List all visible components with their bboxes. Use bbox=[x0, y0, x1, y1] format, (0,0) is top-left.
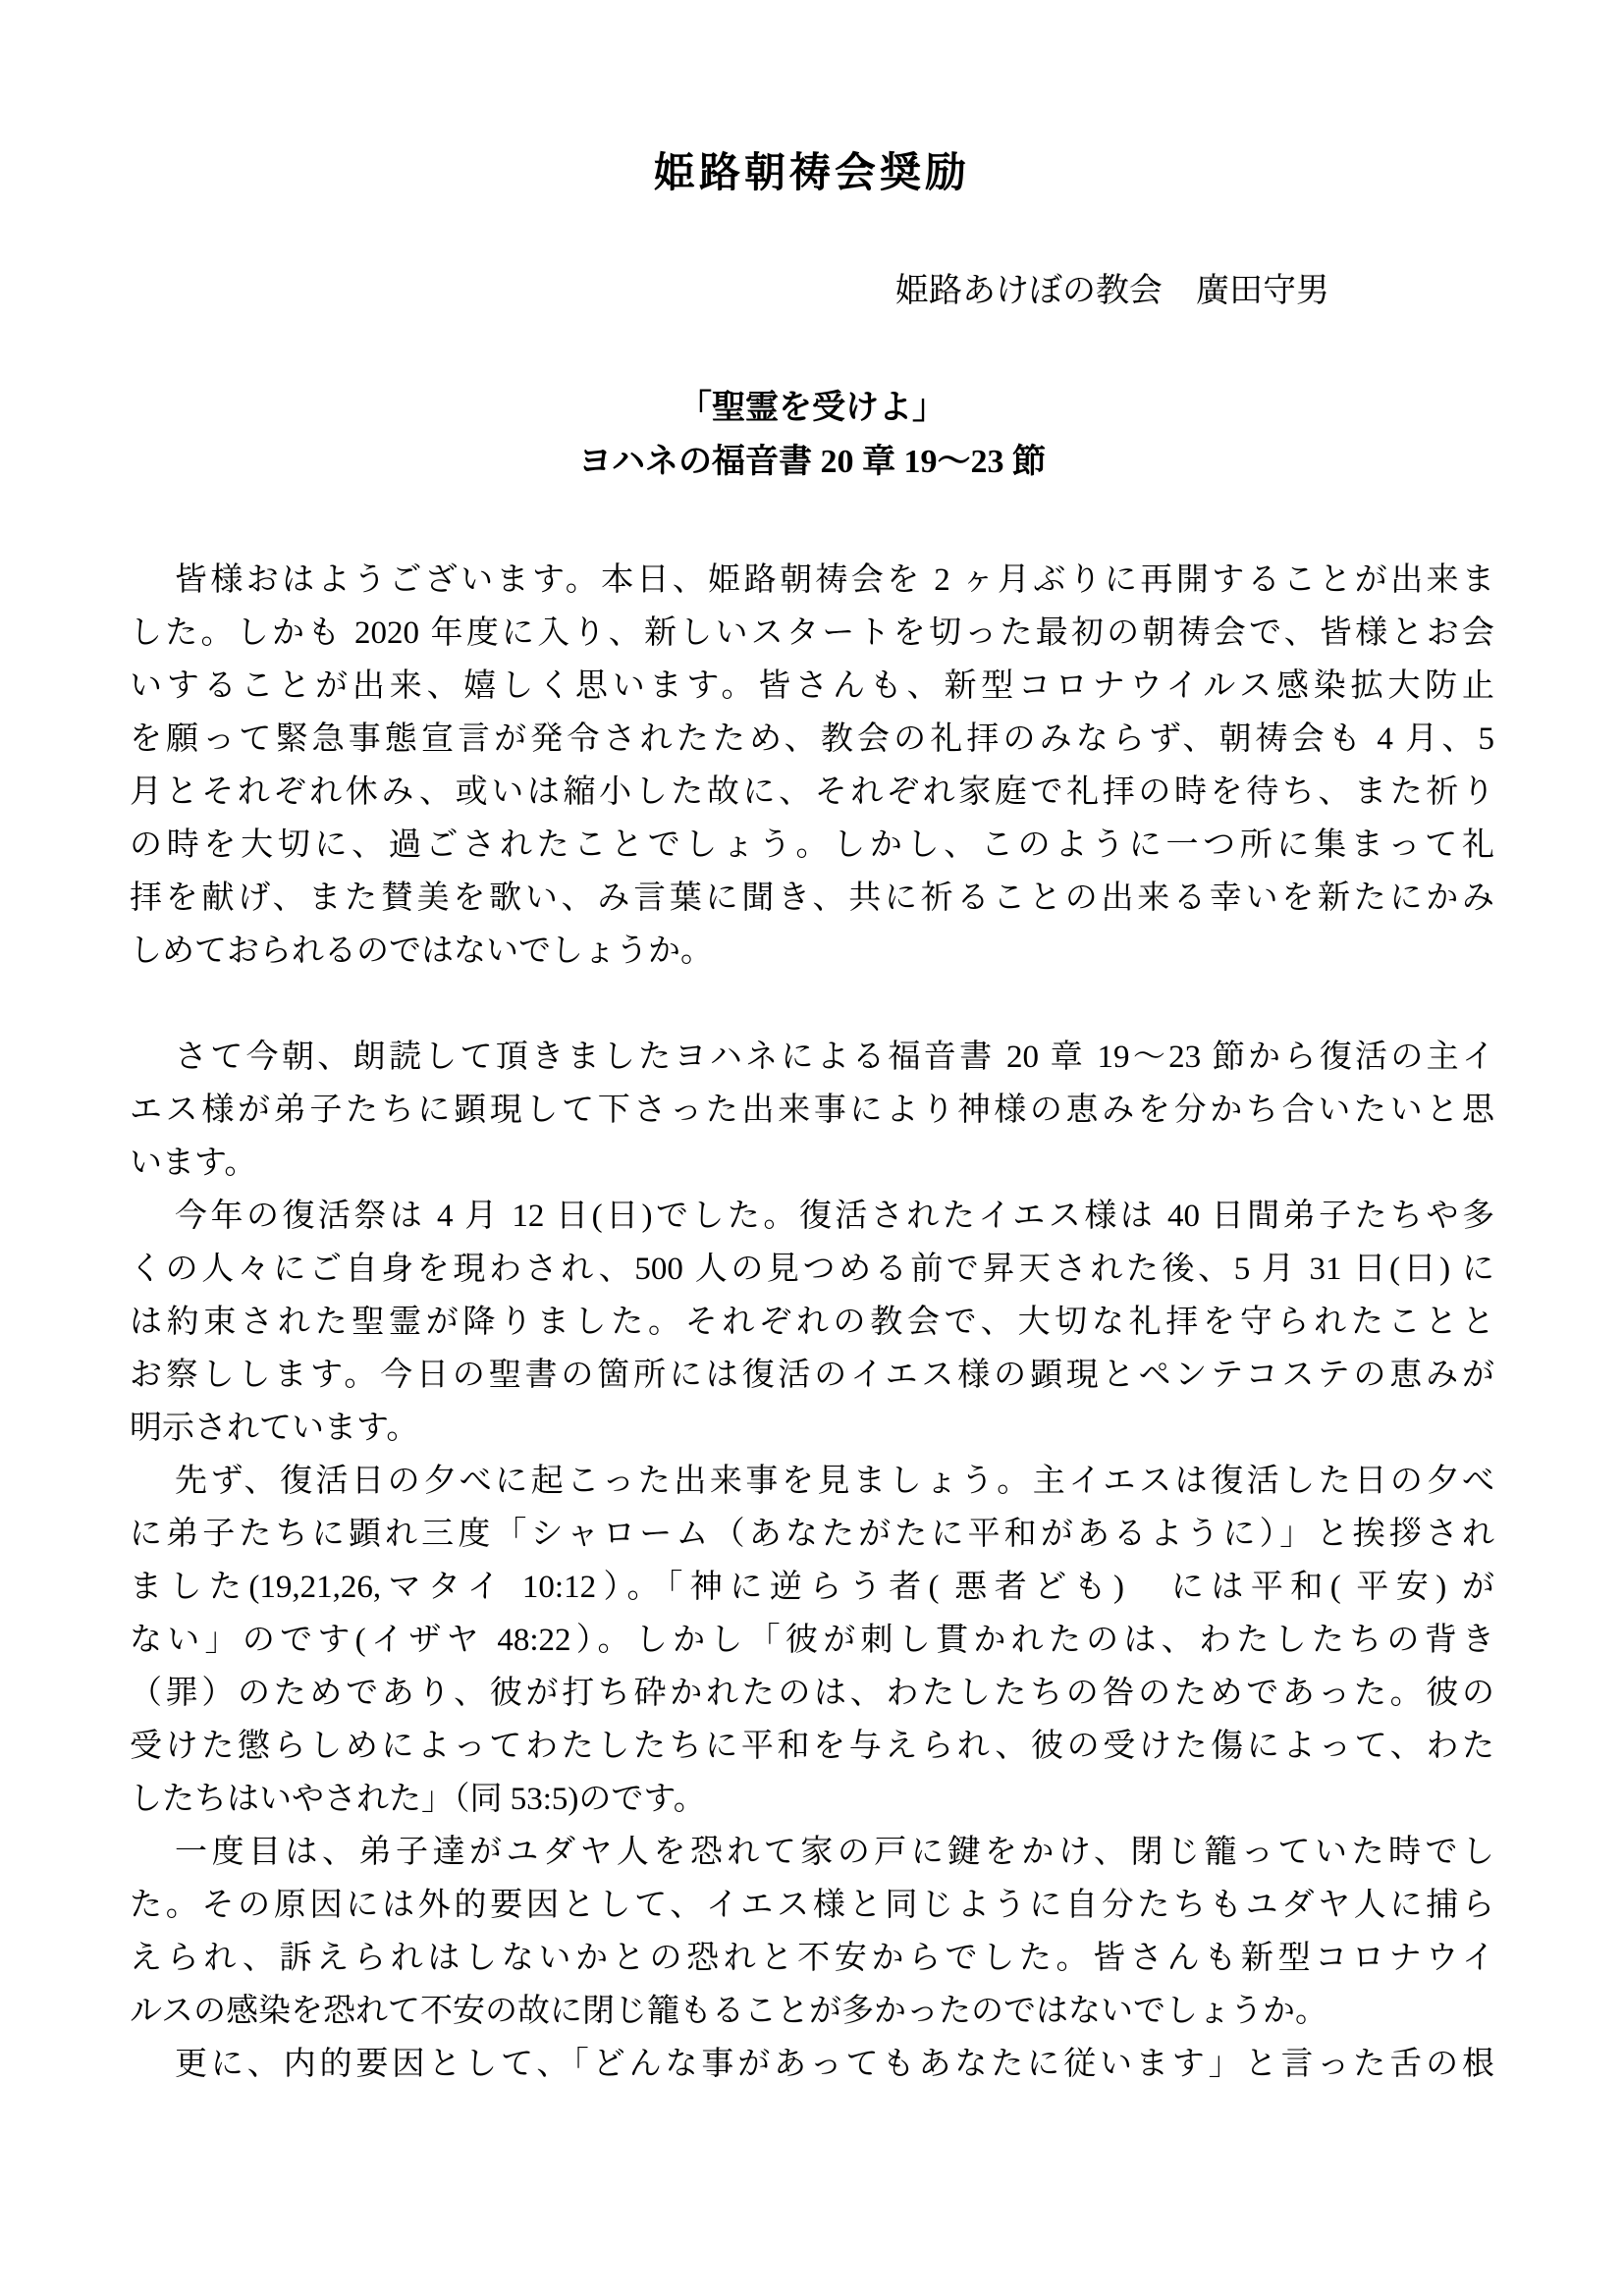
text-line: 先ず、復活日の夕べに起こった出来事を見ましょう。主イエスは復活した日の夕べ bbox=[130, 1455, 1494, 1508]
scripture-reference: ヨハネの福音書 20 章 19～23 節 bbox=[0, 435, 1624, 489]
text-line: 更に、内的要因として、「どんな事があってもあなたに従います」と言った舌の根 bbox=[130, 2038, 1494, 2091]
document-body: 皆様おはようございます。本日、姫路朝祷会を 2 ヶ月ぶりに再開することが出来まし… bbox=[130, 554, 1494, 2091]
text-line: お察しします。今日の聖書の箇所には復活のイエス様の顕現とペンテコステの恵みが bbox=[130, 1349, 1494, 1402]
paragraph: 皆様おはようございます。本日、姫路朝祷会を 2 ヶ月ぶりに再開することが出来まし… bbox=[130, 554, 1494, 978]
paragraph: 今年の復活祭は 4 月 12 日(日)でした。復活されたイエス様は 40 日間弟… bbox=[130, 1190, 1494, 1455]
text-line: 月とそれぞれ休み、或いは縮小した故に、それぞれ家庭で礼拝の時を待ち、また祈り bbox=[130, 766, 1494, 819]
text-line: 受けた懲らしめによってわたしたちに平和を与えられ、彼の受けた傷によって、わた bbox=[130, 1720, 1494, 1773]
text-line: いすることが出来、嬉しく思います。皆さんも、新型コロナウイルス感染拡大防止 bbox=[130, 660, 1494, 713]
text-line: したちはいやされた」（同 53:5)のです。 bbox=[130, 1773, 1494, 1826]
text-line: さて今朝、朗読して頂きましたヨハネによる福音書 20 章 19～23 節から復活… bbox=[130, 1031, 1494, 1084]
text-line: ルスの感染を恐れて不安の故に閉じ籠もることが多かったのではないでしょうか。 bbox=[130, 1985, 1494, 2038]
text-line: ない」のです(イザヤ 48:22）。しかし「彼が刺し貫かれたのは、わたしたちの背… bbox=[130, 1614, 1494, 1667]
text-line: 明示されています。 bbox=[130, 1402, 1494, 1455]
sermon-title: 「聖霊を受けよ」 bbox=[0, 381, 1624, 435]
text-line: エス様が弟子たちに顕現して下さった出来事により神様の恵みを分かち合いたいと思 bbox=[130, 1084, 1494, 1137]
text-line: た。その原因には外的要因として、イエス様と同じように自分たちもユダヤ人に捕ら bbox=[130, 1879, 1494, 1932]
text-line: を願って緊急事態宣言が発令されたため、教会の礼拝のみならず、朝祷会も 4 月、5 bbox=[130, 713, 1494, 766]
text-line: に弟子たちに顕れ三度「シャローム（あなたがたに平和があるように）」と挨拶され bbox=[130, 1508, 1494, 1561]
text-line: 皆様おはようございます。本日、姫路朝祷会を 2 ヶ月ぶりに再開することが出来ま bbox=[130, 554, 1494, 607]
text-line: 拝を献げ、また賛美を歌い、み言葉に聞き、共に祈ることの出来る幸いを新たにかみ bbox=[130, 872, 1494, 925]
text-line: 一度目は、弟子達がユダヤ人を恐れて家の戸に鍵をかけ、閉じ籠っていた時でし bbox=[130, 1826, 1494, 1879]
text-line: くの人々にご自身を現わされ、500 人の見つめる前で昇天された後、5 月 31 … bbox=[130, 1243, 1494, 1296]
text-line: は約束された聖霊が降りました。それぞれの教会で、大切な礼拝を守られたことと bbox=[130, 1296, 1494, 1349]
paragraph: 先ず、復活日の夕べに起こった出来事を見ましょう。主イエスは復活した日の夕べに弟子… bbox=[130, 1455, 1494, 1826]
author-line: 姫路あけぼの教会 廣田守男 bbox=[0, 271, 1624, 312]
text-line: しめておられるのではないでしょうか。 bbox=[130, 925, 1494, 978]
paragraph: さて今朝、朗読して頂きましたヨハネによる福音書 20 章 19～23 節から復活… bbox=[130, 1031, 1494, 1190]
document-page: 姫路朝祷会奨励 姫路あけぼの教会 廣田守男 「聖霊を受けよ」 ヨハネの福音書 2… bbox=[0, 0, 1624, 2296]
text-line: 今年の復活祭は 4 月 12 日(日)でした。復活されたイエス様は 40 日間弟… bbox=[130, 1190, 1494, 1243]
text-line: ました(19,21,26,マタイ 10:12）。「神に逆らう者( 悪者ども) に… bbox=[130, 1561, 1494, 1614]
text-line: した。しかも 2020 年度に入り、新しいスタートを切った最初の朝祷会で、皆様と… bbox=[130, 607, 1494, 660]
text-line: えられ、訴えられはしないかとの恐れと不安からでした。皆さんも新型コロナウイ bbox=[130, 1932, 1494, 1985]
paragraph: 一度目は、弟子達がユダヤ人を恐れて家の戸に鍵をかけ、閉じ籠っていた時でした。その… bbox=[130, 1826, 1494, 2038]
text-line: （罪）のためであり、彼が打ち砕かれたのは、わたしたちの咎のためであった。彼の bbox=[130, 1667, 1494, 1720]
paragraph: 更に、内的要因として、「どんな事があってもあなたに従います」と言った舌の根 bbox=[130, 2038, 1494, 2091]
text-line: います。 bbox=[130, 1137, 1494, 1190]
text-line: の時を大切に、過ごされたことでしょう。しかし、このように一つ所に集まって礼 bbox=[130, 819, 1494, 872]
document-title: 姫路朝祷会奨励 bbox=[0, 0, 1624, 198]
